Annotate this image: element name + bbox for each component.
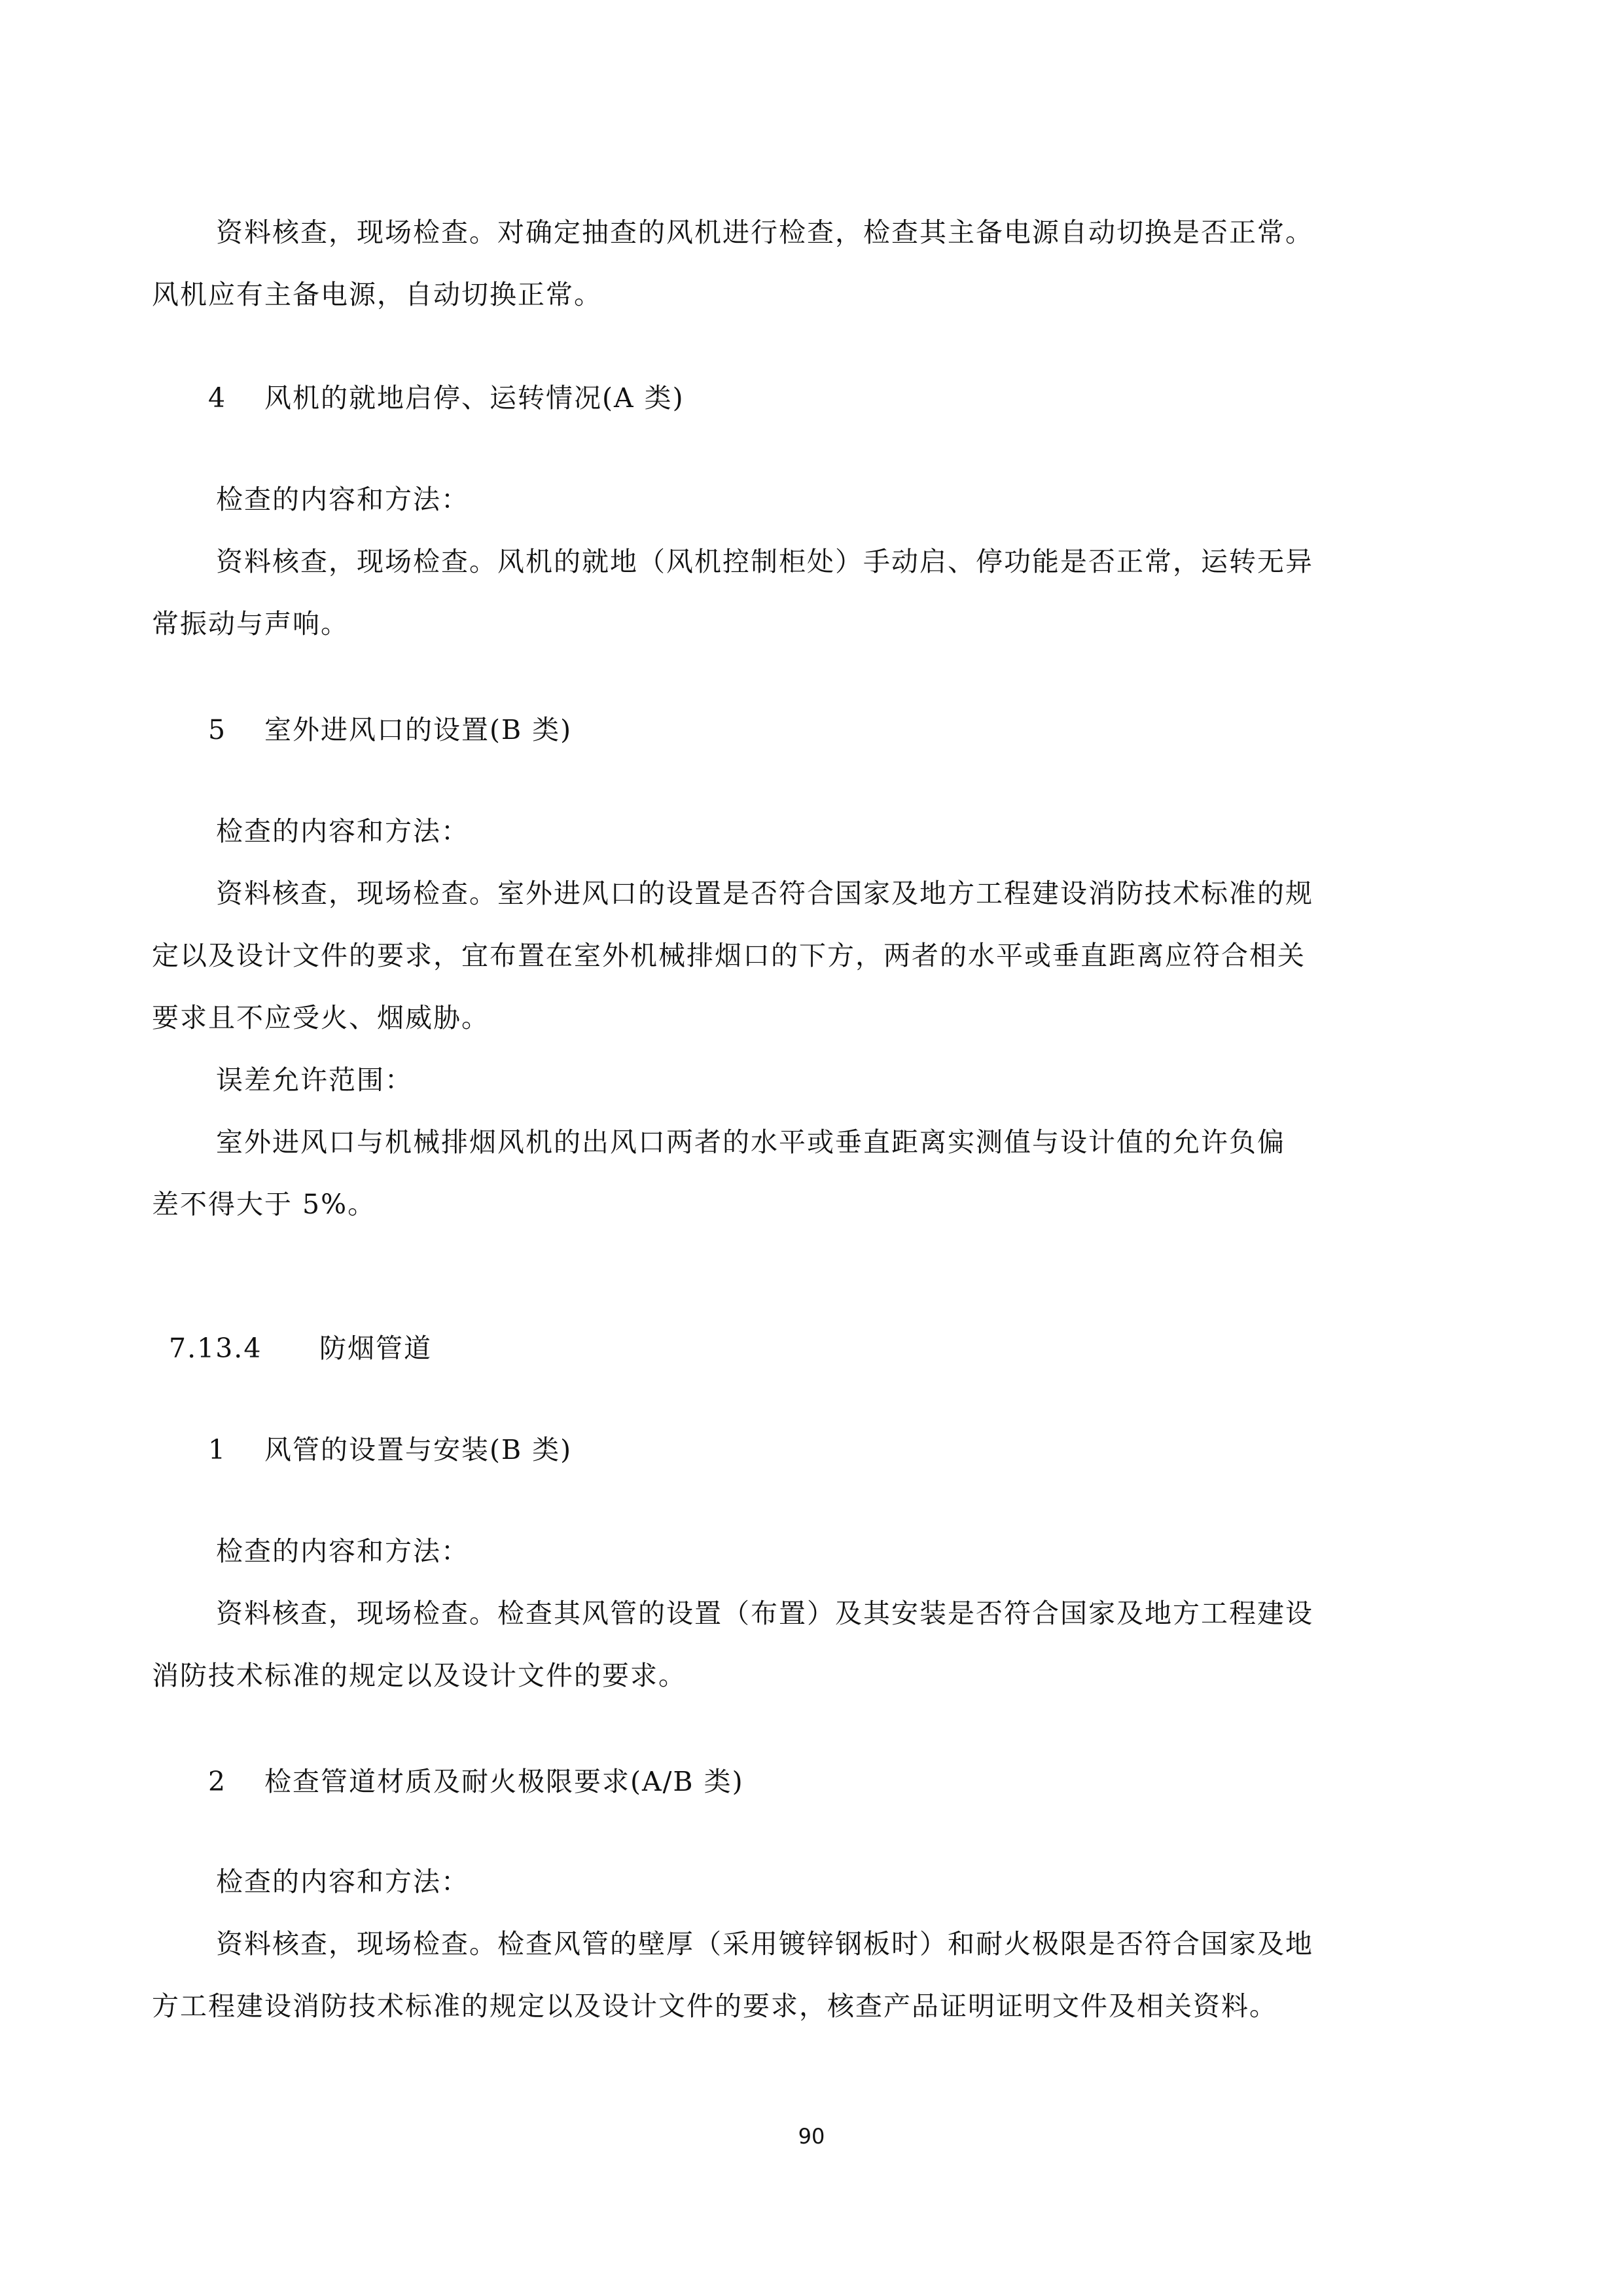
tolerance-label: 误差允许范围： [216, 1060, 413, 1100]
paragraph-line: 常振动与声响。 [152, 604, 349, 643]
page-number: 90 [0, 2123, 1623, 2149]
section-title: 防烟管道 [319, 1333, 432, 1364]
section-number: 7.13.4 [169, 1329, 319, 1368]
paragraph-line: 要求且不应受火、烟威胁。 [152, 998, 490, 1037]
item-heading-1: 1风管的设置与安装(B 类) [208, 1430, 572, 1469]
item-number: 4 [208, 378, 264, 418]
item-title: 室外进风口的设置(B 类) [264, 714, 572, 745]
paragraph-line: 资料核查，现场检查。检查其风管的设置（布置）及其安装是否符合国家及地方工程建设 [216, 1594, 1313, 1633]
paragraph-line: 室外进风口与机械排烟风机的出风口两者的水平或垂直距离实测值与设计值的允许负偏 [216, 1122, 1285, 1162]
document-page: 资料核查，现场检查。对确定抽查的风机进行检查，检查其主备电源自动切换是否正常。 … [0, 0, 1623, 2296]
item-number: 1 [208, 1430, 264, 1469]
item-title: 风管的设置与安装(B 类) [264, 1434, 572, 1465]
paragraph-line: 消防技术标准的规定以及设计文件的要求。 [152, 1656, 687, 1695]
item-title: 检查管道材质及耐火极限要求(A/B 类) [264, 1766, 744, 1797]
section-heading: 7.13.4防烟管道 [169, 1329, 432, 1368]
method-label: 检查的内容和方法： [216, 812, 469, 851]
paragraph-line: 资料核查，现场检查。对确定抽查的风机进行检查，检查其主备电源自动切换是否正常。 [216, 213, 1313, 252]
method-label: 检查的内容和方法： [216, 1532, 469, 1571]
item-number: 2 [208, 1762, 264, 1801]
item-heading-2: 2检查管道材质及耐火极限要求(A/B 类) [208, 1762, 744, 1801]
item-heading-4: 4风机的就地启停、运转情况(A 类) [208, 378, 685, 418]
method-label: 检查的内容和方法： [216, 480, 469, 519]
paragraph-line: 资料核查，现场检查。检查风管的壁厚（采用镀锌钢板时）和耐火极限是否符合国家及地 [216, 1924, 1313, 1964]
paragraph-line: 方工程建设消防技术标准的规定以及设计文件的要求，核查产品证明证明文件及相关资料。 [152, 1986, 1277, 2026]
paragraph-line: 差不得大于 5%。 [152, 1185, 376, 1224]
item-title: 风机的就地启停、运转情况(A 类) [264, 382, 685, 414]
paragraph-line: 资料核查，现场检查。风机的就地（风机控制柜处）手动启、停功能是否正常，运转无异 [216, 542, 1313, 581]
method-label: 检查的内容和方法： [216, 1862, 469, 1901]
paragraph-line: 资料核查，现场检查。室外进风口的设置是否符合国家及地方工程建设消防技术标准的规 [216, 874, 1313, 913]
paragraph-line: 定以及设计文件的要求，宜布置在室外机械排烟口的下方，两者的水平或垂直距离应符合相… [152, 936, 1306, 975]
item-heading-5: 5室外进风口的设置(B 类) [208, 710, 572, 749]
paragraph-line: 风机应有主备电源，自动切换正常。 [152, 275, 602, 314]
item-number: 5 [208, 710, 264, 749]
